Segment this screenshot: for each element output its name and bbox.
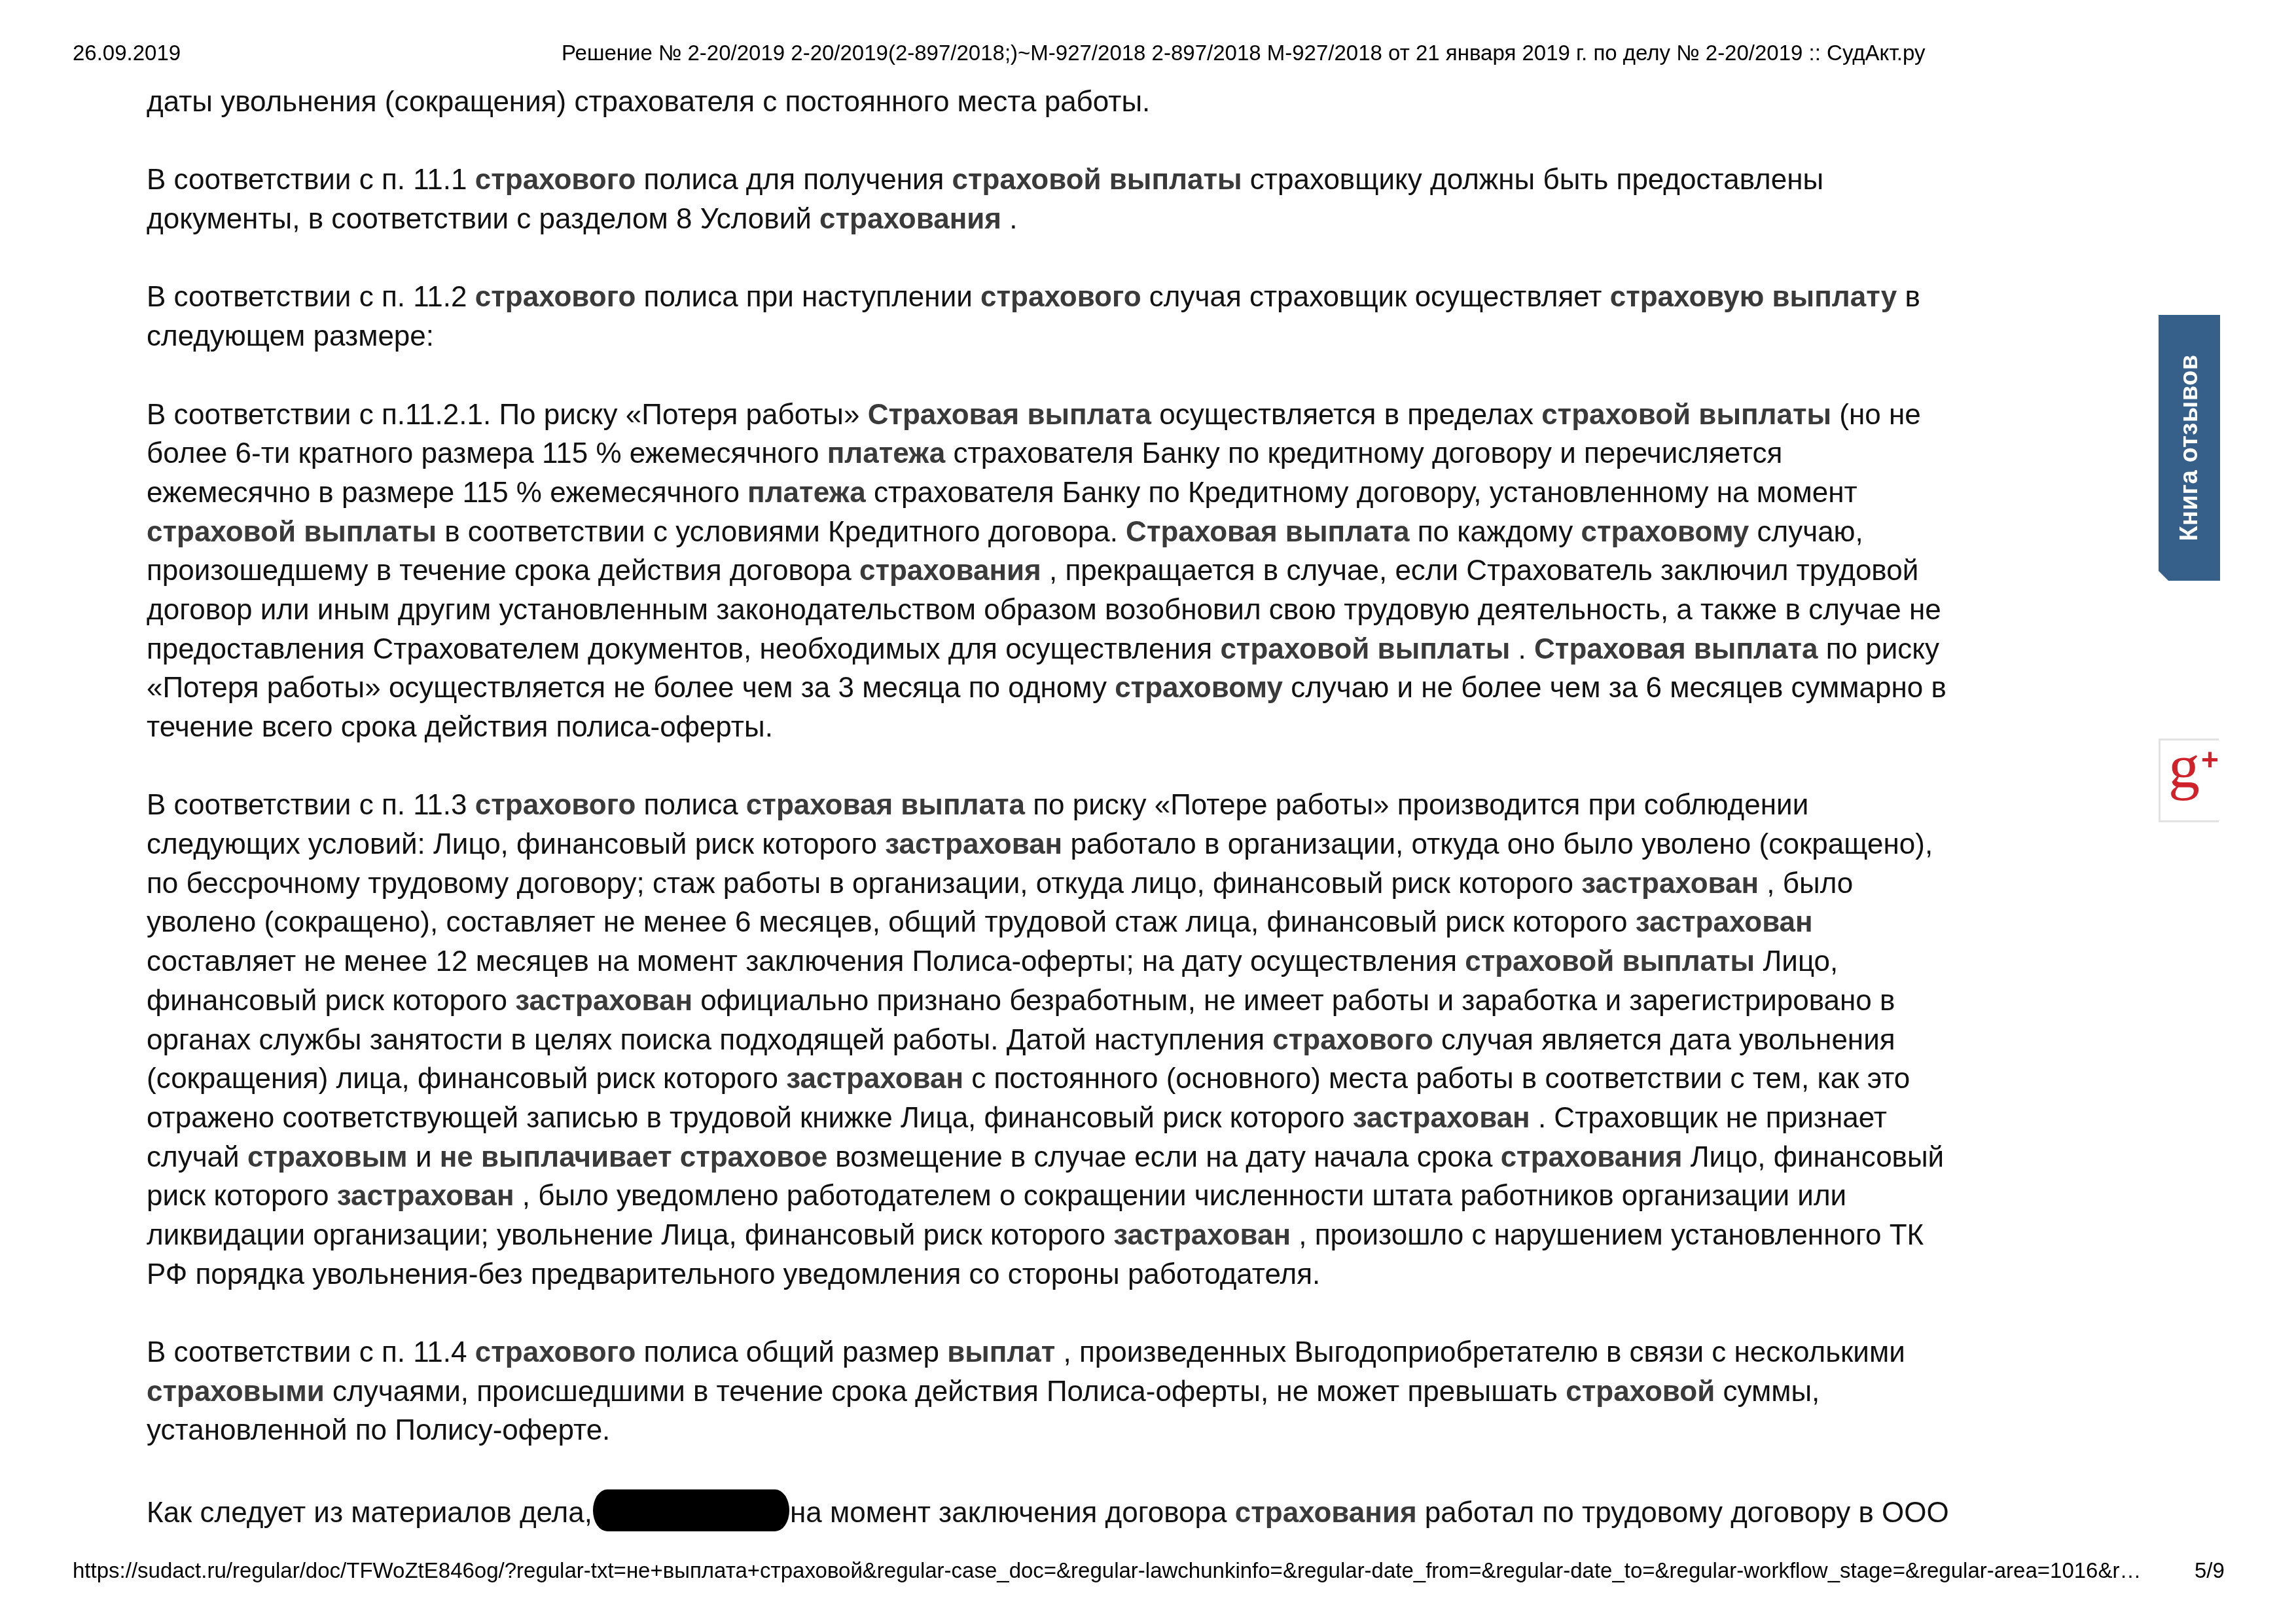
text-segment: , произведенных Выгодоприобретателю в св… [1055,1336,1905,1368]
search-highlight: страховой выплаты [1220,633,1510,665]
text-segment: , было [1759,867,1853,900]
text-segment: ежемесячно в размере 115 % ежемесячного [147,477,747,509]
search-highlight: страхового [475,1336,636,1368]
paragraph-gap [147,747,2110,786]
text-line: по бессрочному трудовому договору; стаж … [147,864,2110,903]
text-segment: на момент заключения договора [790,1497,1235,1529]
text-line: отражено соответствующей записью в трудо… [147,1099,2110,1138]
text-line: составляет не менее 12 месяцев на момент… [147,942,2110,981]
text-line: договор или иным другим установленным за… [147,591,2110,630]
google-plus-button[interactable]: g + [2159,739,2219,822]
search-highlight: страхования [1501,1141,1683,1173]
search-highlight: Страховая выплата [868,399,1151,431]
text-line: (сокращения) лица, финансовый риск котор… [147,1059,2110,1099]
text-line: более 6-ти кратного размера 115 % ежемес… [147,434,2110,473]
search-highlight: страхового [1272,1024,1433,1056]
text-line: органах службы занятости в целях поиска … [147,1021,2110,1060]
search-highlight: страховым [247,1141,408,1173]
text-segment: по бессрочному трудовому договору; стаж … [147,867,1581,900]
text-line: течение всего срока действия полиса-офер… [147,708,2110,747]
text-segment: отражено соответствующей записью в трудо… [147,1102,1353,1134]
text-line: В соответствии с п. 11.1 страхового поли… [147,160,2110,200]
text-segment: В соответствии с п. 11.1 [147,164,475,196]
print-date: 26.09.2019 [73,41,181,65]
text-segment: суммы, [1715,1376,1820,1408]
text-segment: (сокращения) лица, финансовый риск котор… [147,1063,786,1095]
search-highlight: платежа [827,437,946,469]
text-line: В соответствии с п. 11.2 страхового поли… [147,278,2110,317]
search-highlight: страховая выплата [746,789,1025,821]
search-highlight: застрахован [1353,1102,1530,1134]
text-line: следующем размере: [147,317,2110,356]
search-highlight: Страховая выплата [1534,633,1818,665]
text-segment: страхователя Банку по Кредитному договор… [866,477,1857,509]
text-line: ликвидации организации; увольнение Лица,… [147,1216,2110,1255]
search-highlight: страхового [475,281,636,313]
text-segment: полиса [636,789,746,821]
search-highlight: Страховая выплата [1126,516,1409,548]
text-segment: работал по трудовому договору в ООО [1417,1497,1949,1529]
text-line: ежемесячно в размере 115 % ежемесячного … [147,473,2110,513]
text-segment: органах службы занятости в целях поиска … [147,1024,1272,1056]
text-segment: случаями, происшедшими в течение срока д… [325,1376,1566,1408]
text-segment: . [1510,633,1534,665]
text-line: В соответствии с п. 11.3 страхового поли… [147,786,2110,825]
text-segment: В соответствии с п.11.2.1. По риску «Пот… [147,399,868,431]
text-segment: полиса для получения [636,164,952,196]
document-body: даты увольнения (сокращения) страховател… [147,82,2110,1528]
text-segment: , прекращается в случае, если Страховате… [1041,555,1919,587]
text-segment: случаю, [1749,516,1863,548]
text-line: РФ порядка увольнения-без предварительно… [147,1255,2110,1294]
feedback-book-button[interactable]: Книга отзывов [2159,315,2220,581]
text-line: предоставления Страхователем документов,… [147,630,2110,669]
text-line: В соответствии с п.11.2.1. По риску «Пот… [147,395,2110,435]
search-highlight: платежа [747,477,866,509]
google-plus-icon: g [2168,735,2200,798]
text-segment: «Потеря работы» осуществляется не более … [147,672,1115,704]
search-highlight: страхового [475,164,636,196]
text-segment: в [1897,281,1920,313]
text-segment: и [408,1141,440,1173]
text-segment: РФ порядка увольнения-без предварительно… [147,1258,1320,1290]
text-segment: по каждому [1410,516,1581,548]
text-segment: течение всего срока действия полиса-офер… [147,711,773,743]
search-highlight: застрахован [337,1180,514,1212]
text-line: В соответствии с п. 11.4 страхового поли… [147,1333,2110,1372]
text-segment: по риску «Потере работы» производится пр… [1025,789,1808,821]
text-segment: осуществляется в пределах [1151,399,1541,431]
search-highlight: выплат [947,1336,1055,1368]
text-segment: работало в организации, откуда оно было … [1062,828,1933,860]
text-line: страховой выплаты в соответствии с услов… [147,513,2110,552]
search-highlight: страховой выплаты [1541,399,1831,431]
search-highlight: застрахован [786,1063,963,1095]
text-segment: ликвидации организации; увольнение Лица,… [147,1219,1113,1251]
text-segment: случая является дата увольнения [1433,1024,1895,1056]
text-segment: страховщику должны быть предоставлены [1242,164,1824,196]
text-segment: полиса при наступлении [636,281,980,313]
text-segment: договор или иным другим установленным за… [147,594,1941,626]
text-line: следующих условий: Лицо, финансовый риск… [147,825,2110,864]
search-highlight: застрахован [515,985,692,1017]
text-segment: В соответствии с п. 11.3 [147,789,475,821]
text-segment: более 6-ти кратного размера 115 % ежемес… [147,437,827,469]
plus-icon: + [2201,744,2219,775]
paragraph-gap [147,356,2110,395]
text-segment: . [1001,203,1017,235]
text-segment: , произошло с нарушением установленного … [1291,1219,1924,1251]
search-highlight: не выплачивает страховое [440,1141,827,1173]
paragraph-gap [147,239,2110,278]
search-highlight: страховой выплаты [1465,945,1755,977]
search-highlight: страховую выплату [1610,281,1897,313]
search-highlight: застрахован [1581,867,1759,900]
text-segment: случая страховщик осуществляет [1141,281,1610,313]
search-highlight: страхования [859,555,1041,587]
search-highlight: страхования [1235,1497,1417,1529]
text-line: финансовый риск которого застрахован офи… [147,981,2110,1021]
search-highlight: застрахован [1113,1219,1291,1251]
text-segment: произошедшему в течение срока действия д… [147,555,859,587]
text-line: уволено (сокращено), составляет не менее… [147,903,2110,942]
text-line: документы, в соответствии с разделом 8 У… [147,200,2110,239]
paragraph-gap [147,122,2110,161]
search-highlight: страхового [475,789,636,821]
text-line: страховыми случаями, происшедшими в тече… [147,1372,2110,1412]
text-line: произошедшему в течение срока действия д… [147,551,2110,591]
text-segment: в соответствии с условиями Кредитного до… [437,516,1126,548]
text-segment: В соответствии с п. 11.4 [147,1336,475,1368]
page-number: 5/9 [2195,1558,2225,1583]
text-segment: даты увольнения (сокращения) страховател… [147,86,1150,118]
text-line: Как следует из материалов дела,на момент… [147,1489,2110,1529]
text-segment: . Страховщик не признает [1530,1102,1887,1134]
text-segment: по риску [1818,633,1939,665]
search-highlight: застрахован [1636,906,1813,938]
paragraph-gap [147,1450,2110,1489]
text-line: даты увольнения (сокращения) страховател… [147,82,2110,122]
search-highlight: страховой выплаты [952,164,1242,196]
text-line: случай страховым и не выплачивает страхо… [147,1138,2110,1177]
text-segment: , было уведомлено работодателем о сокращ… [514,1180,1847,1212]
search-highlight: страховой [1566,1376,1715,1408]
text-segment: возмещение в случае если на дату начала … [827,1141,1501,1173]
text-segment: риск которого [147,1180,337,1212]
search-highlight: страхового [980,281,1141,313]
text-segment: уволено (сокращено), составляет не менее… [147,906,1636,938]
text-segment: (но не [1831,399,1921,431]
text-line: риск которого застрахован , было уведомл… [147,1176,2110,1216]
text-segment: следующих условий: Лицо, финансовый риск… [147,828,885,860]
text-line: установленной по Полису-оферте. [147,1411,2110,1450]
text-segment: с постоянного (основного) места работы в… [963,1063,1910,1095]
text-segment: случай [147,1141,247,1173]
text-line: «Потеря работы» осуществляется не более … [147,668,2110,708]
text-segment: полиса общий размер [636,1336,947,1368]
text-segment: Как следует из материалов дела, [147,1497,592,1529]
search-highlight: страховыми [147,1376,325,1408]
search-highlight: страховой выплаты [147,516,437,548]
search-highlight: страховому [1581,516,1749,548]
text-segment: случаю и не более чем за 6 месяцев сумма… [1283,672,1946,704]
redaction-block [593,1489,789,1531]
page-title: Решение № 2-20/2019 2-20/2019(2-897/2018… [562,41,1926,65]
text-segment: документы, в соответствии с разделом 8 У… [147,203,819,235]
search-highlight: страхования [819,203,1001,235]
search-highlight: застрахован [885,828,1062,860]
text-segment: Лицо, финансовый [1683,1141,1945,1173]
text-segment: официально признано безработным, не имее… [692,985,1895,1017]
text-segment: установленной по Полису-оферте. [147,1414,610,1446]
paragraph-gap [147,1294,2110,1333]
text-segment: Лицо, [1755,945,1838,977]
feedback-book-label: Книга отзывов [2176,354,2204,541]
text-segment: предоставления Страхователем документов,… [147,633,1220,665]
text-segment: составляет не менее 12 месяцев на момент… [147,945,1465,977]
text-segment: финансовый риск которого [147,985,515,1017]
text-segment: В соответствии с п. 11.2 [147,281,475,313]
text-segment: страхователя Банку по кредитному договор… [945,437,1782,469]
search-highlight: страховому [1115,672,1283,704]
text-segment: следующем размере: [147,320,434,352]
page-url: https://sudact.ru/regular/doc/TFWoZtE846… [73,1558,2141,1583]
